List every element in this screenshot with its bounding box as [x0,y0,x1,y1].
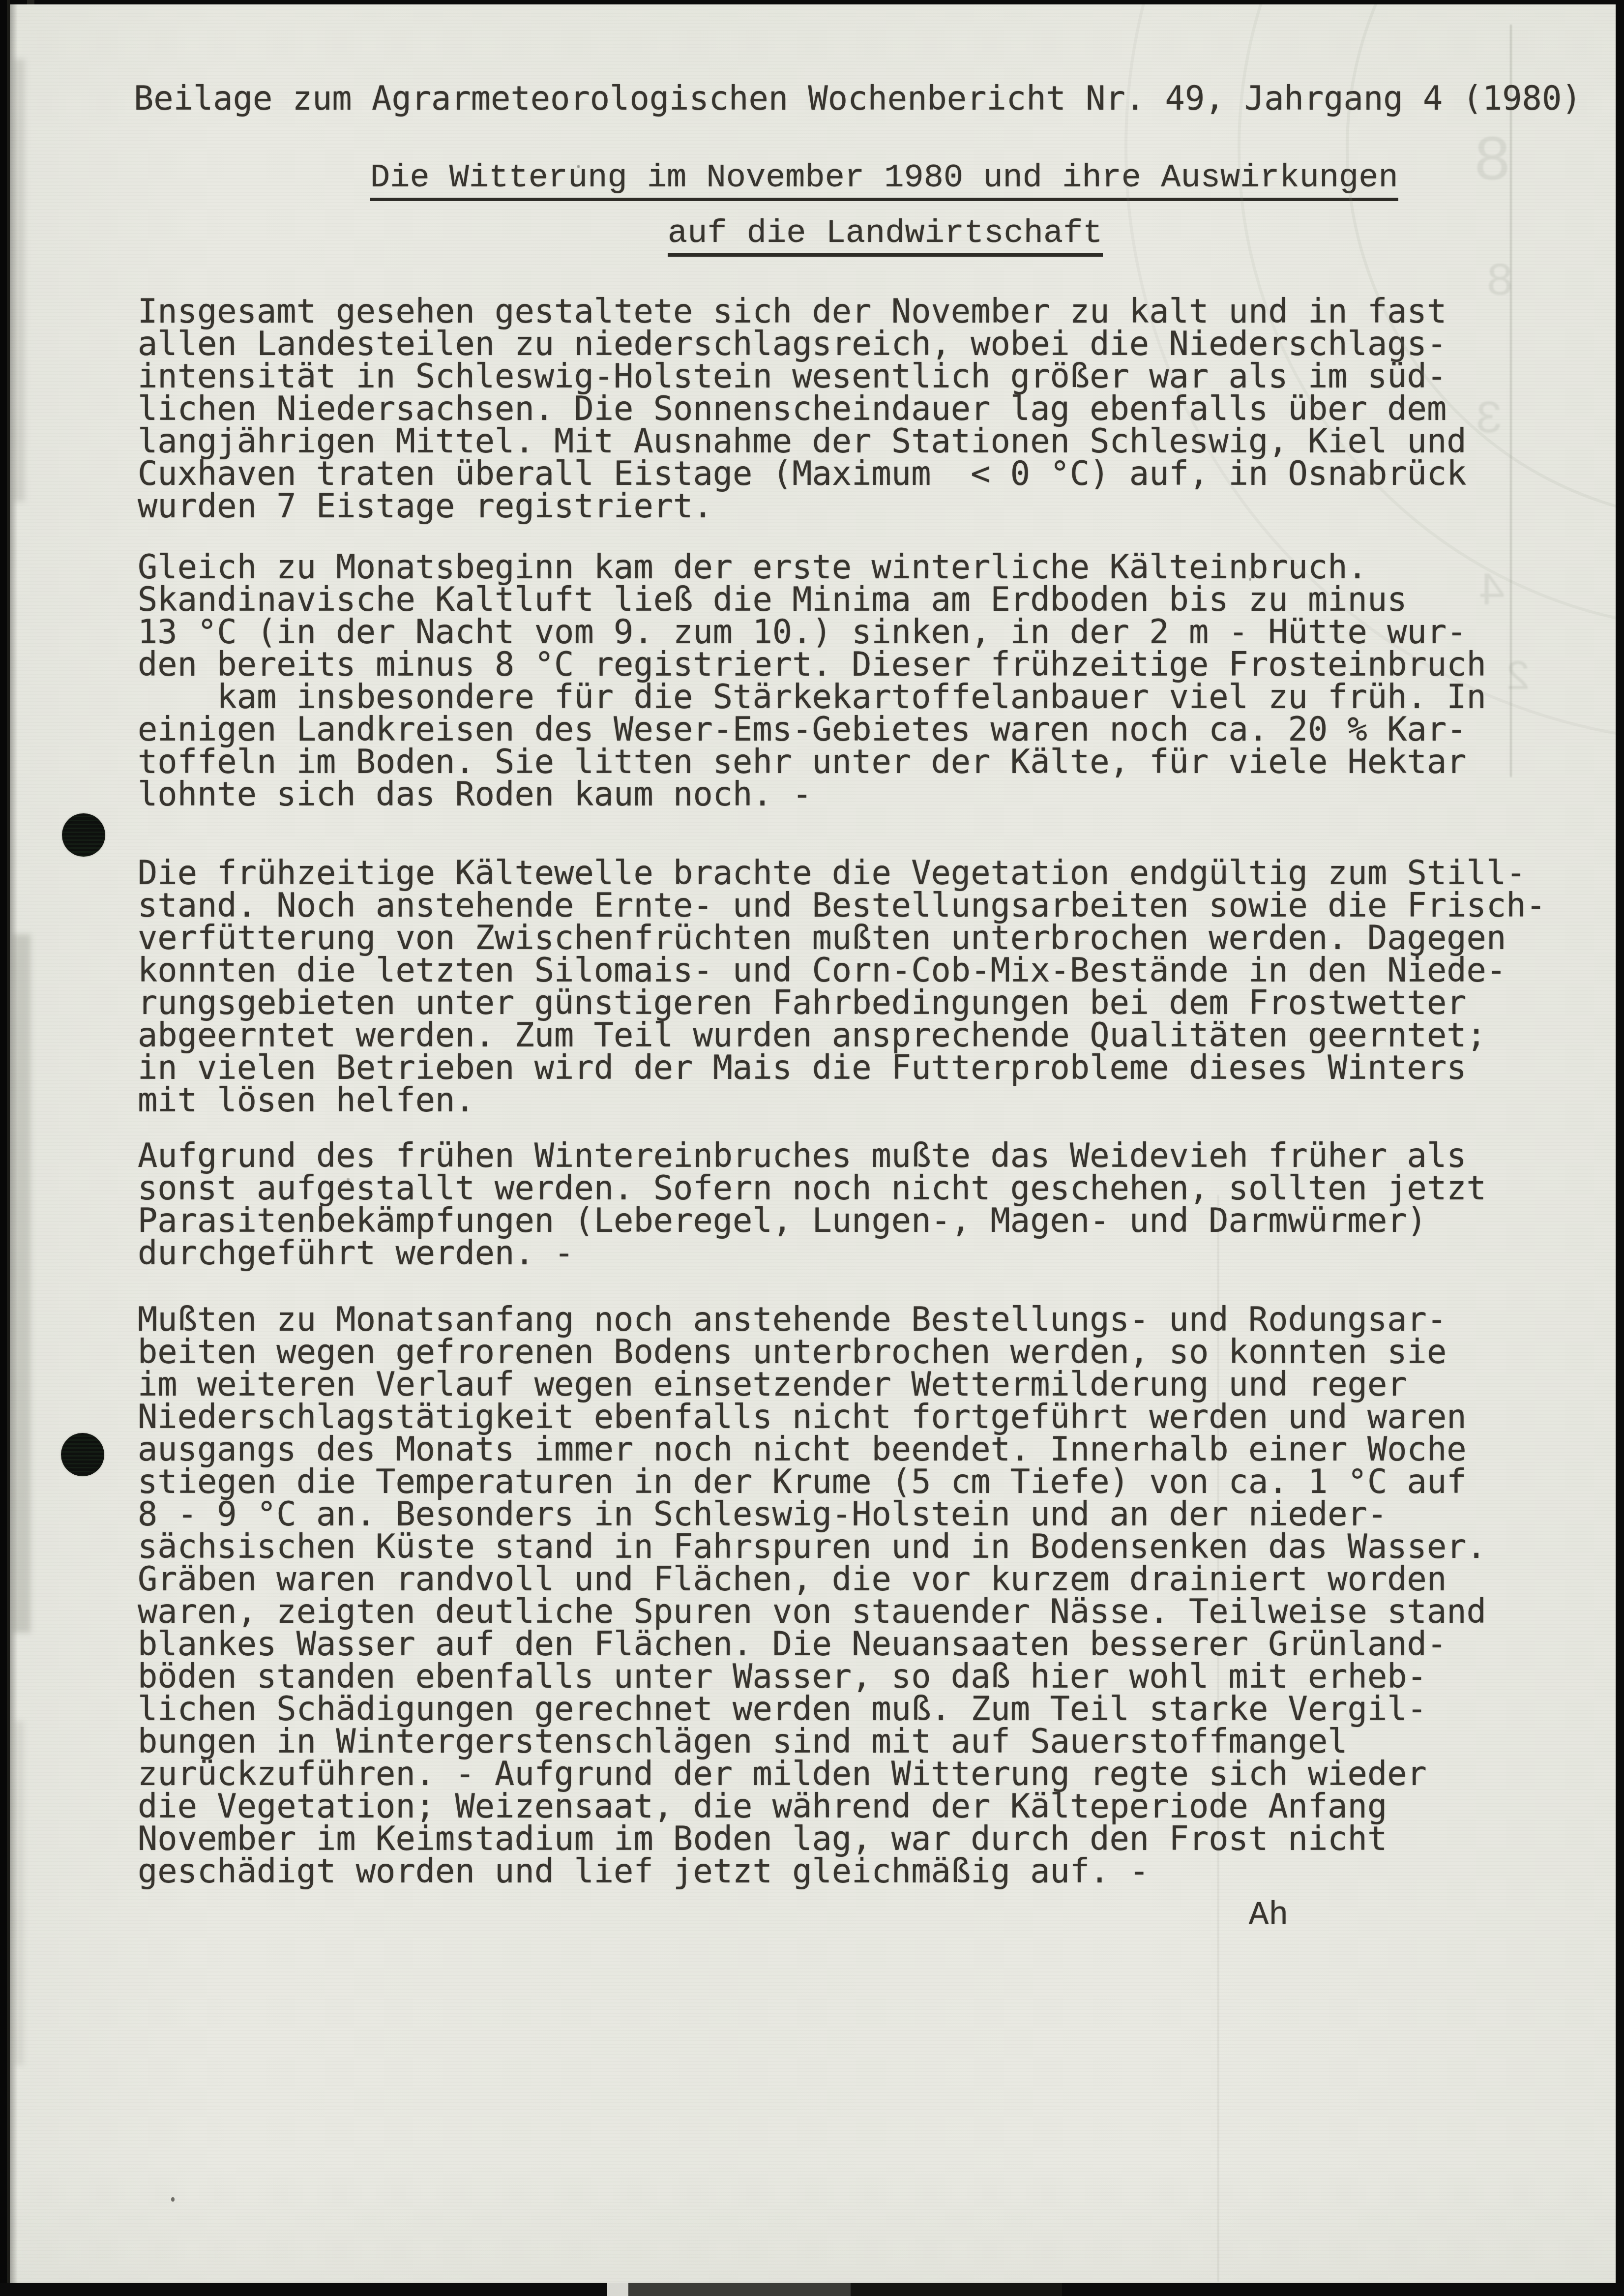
ink-speck [1249,578,1251,581]
ink-speck [171,2197,175,2202]
ink-speck [577,165,580,168]
ink-speck [347,1178,350,1181]
scan-edge-bottom [0,2283,1624,2296]
punch-hole-top [62,813,105,857]
scan-edge-top [0,0,1624,4]
document-scan: 8 8 3 4 2 Beilage zum Agrarmeteorologisc… [0,0,1624,2296]
scan-edge-right [1616,0,1624,2296]
punch-hole-bottom [61,1433,104,1476]
ghost-arcs [0,0,1624,2296]
scan-edge-left-shadow [10,0,18,2296]
scan-edge-left [0,0,10,2296]
